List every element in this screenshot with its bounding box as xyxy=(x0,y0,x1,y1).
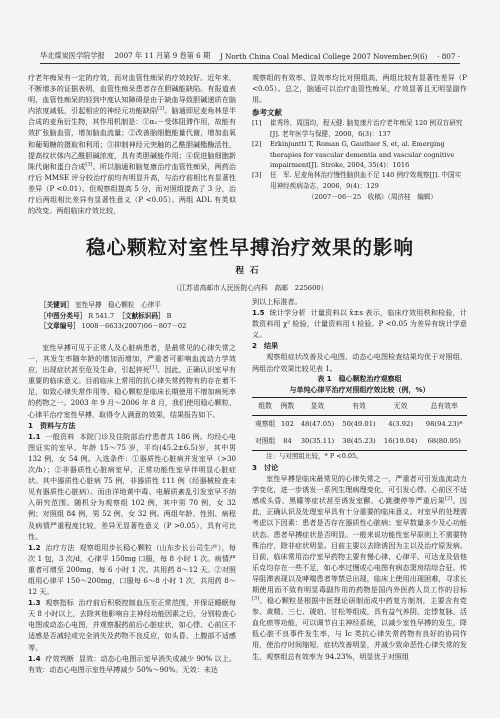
table-row: 对照组 84 30(35.11) 38(45.23) 16(19.04) 68(… xyxy=(252,433,467,451)
journal-name-cn: 华北煤炭医学院学报 xyxy=(40,51,105,61)
subsection-1-2: 1.2 治疗方法 观察组用步长稳心颗粒（山东步长公司生产），每次 1 包，3 次… xyxy=(28,542,236,597)
section-heading-3: 3 讨论 xyxy=(252,462,467,473)
journal-page: 华北煤炭医学院学报 2007 年 11 月第 9 卷第 6 期 J North … xyxy=(0,0,500,718)
results-table: 组数 例数 显效 有效 无效 总有效率 观察组 102 48(47.05) 50… xyxy=(252,397,467,451)
prev-article-paragraph: 疗老年痴呆有一定的疗效，而对血管性痴呆的疗效较好。近年来，不断增多的证据表明，血… xyxy=(28,72,236,216)
journal-name-en: J North China Coal Medical College 2007 … xyxy=(220,52,427,61)
intro-paragraph: 室性早搏可见于正常人及心脏病患者，是最常见的心律失常之一，其发生率随年龄的增加而… xyxy=(28,342,236,420)
table-row: 观察组 102 48(47.05) 50(49.01) 4(3.92) 98(9… xyxy=(252,415,467,433)
page-number: · 807 · xyxy=(437,52,460,61)
section-heading-2: 2 结果 xyxy=(252,340,467,351)
classification-line: ［中图分类号］ R 541.7 ［文献标识码］ B xyxy=(40,311,250,322)
prev-article-conclusion: 观察组的有效率、显效率均比对照组高，两组比较有显著性差异（P <0.05）。总之… xyxy=(252,72,467,105)
reference-item: [3] 任 军. 尼麦角林治疗慢性脑供血不足 140 例疗效观察[J]. 中国实… xyxy=(252,170,467,191)
citation: [3] xyxy=(85,161,92,167)
prev-article-left-column: 疗老年痴呆有一定的疗效，而对血管性痴呆的疗效较好。近年来，不断增多的证据表明，血… xyxy=(28,72,236,216)
table-note: 注：与对照组比较，* P <0.05。 xyxy=(252,451,467,462)
subsection-1-4: 1.4 疗效判断 显效：动态心电图示室早消失或减少 90% 以上。有效：动态心电… xyxy=(28,653,236,675)
issue-info-cn: 2007 年 11 月第 9 卷第 6 期 xyxy=(114,51,210,61)
column-header: 组数 xyxy=(252,397,278,415)
citation: [1] xyxy=(150,365,157,371)
article-right-column: 到以上标准者。 1.5 统计学分析 计量资料以 x̄±s 表示，临床疗效用秩和检… xyxy=(252,296,467,662)
column-header: 显效 xyxy=(297,397,339,415)
received-date: （2007－06－25 收稿）（周济桂 编辑） xyxy=(252,192,467,203)
column-header: 总有效率 xyxy=(421,397,467,415)
article-affiliation: （江苏省高邮市人民医院心内科 高邮 225600） xyxy=(0,282,500,292)
subsection-1-4-continued: 到以上标准者。 xyxy=(252,296,467,307)
column-header: 无效 xyxy=(380,397,422,415)
section-heading-1: 1 资料与方法 xyxy=(28,420,236,431)
reference-item: [1] 崔秀珍，周国均，程天健. 脑复康片治疗老年痴呆 120 例双盲研究[J]… xyxy=(252,118,467,139)
reference-item: [2] Erkinjuntti T, Roman G, Gauthier S, … xyxy=(252,139,467,170)
table-header-row: 组数 例数 显效 有效 无效 总有效率 xyxy=(252,397,467,415)
table-caption: 表 1 稳心颗粒治疗观察组 与单纯心律平治疗对照组疗效比较（例，%） xyxy=(252,374,467,396)
subsection-1-3: 1.3 观察指标 治疗前后积极控制血压至正常范围，并保证睡眠每天 8 小时以上，… xyxy=(28,597,236,652)
results-paragraph: 观察组症状改善及心电图，动态心电图检查结果均优于对照组，两组治疗效果比较见表 1… xyxy=(252,351,467,373)
article-title: 稳心颗粒对室性早搏治疗效果的影响 xyxy=(0,232,500,260)
subsection-1-5: 1.5 统计学分析 计量资料以 x̄±s 表示，临床疗效用秩和检验，计数资料用 … xyxy=(252,307,467,340)
subsection-1-1: 1.1 一般资料 本院门诊及住院部治疗患者共 186 例。均经心电图证实的室早。… xyxy=(28,431,236,542)
running-head: 华北煤炭医学院学报 2007 年 11 月第 9 卷第 6 期 J North … xyxy=(40,50,460,64)
article-left-column: 室性早搏可见于正常人及心脏病患者，是最常见的心律失常之一，其发生率随年龄的增加而… xyxy=(28,342,236,675)
article-metadata: ［关键词］ 室性早搏 稳心颗粒 心律平 ［中图分类号］ R 541.7 ［文献标… xyxy=(40,300,250,332)
article-author: 程石 xyxy=(0,264,500,276)
keywords-line: ［关键词］ 室性早搏 稳心颗粒 心律平 xyxy=(40,300,250,311)
article-number-line: ［文章编号］ 1008－6633(2007)06－807－02 xyxy=(40,321,250,332)
references-heading: 参考文献 xyxy=(252,107,467,118)
discussion-paragraph: 室性早搏是临床最常见的心律失常之一，严重者可引发血流动力学变化，进一步诱发一系列… xyxy=(252,473,467,662)
prev-article-right-column: 观察组的有效率、显效率均比对照组高，两组比较有显著性差异（P <0.05）。总之… xyxy=(252,72,467,203)
column-header: 有效 xyxy=(338,397,380,415)
column-header: 例数 xyxy=(278,397,296,415)
